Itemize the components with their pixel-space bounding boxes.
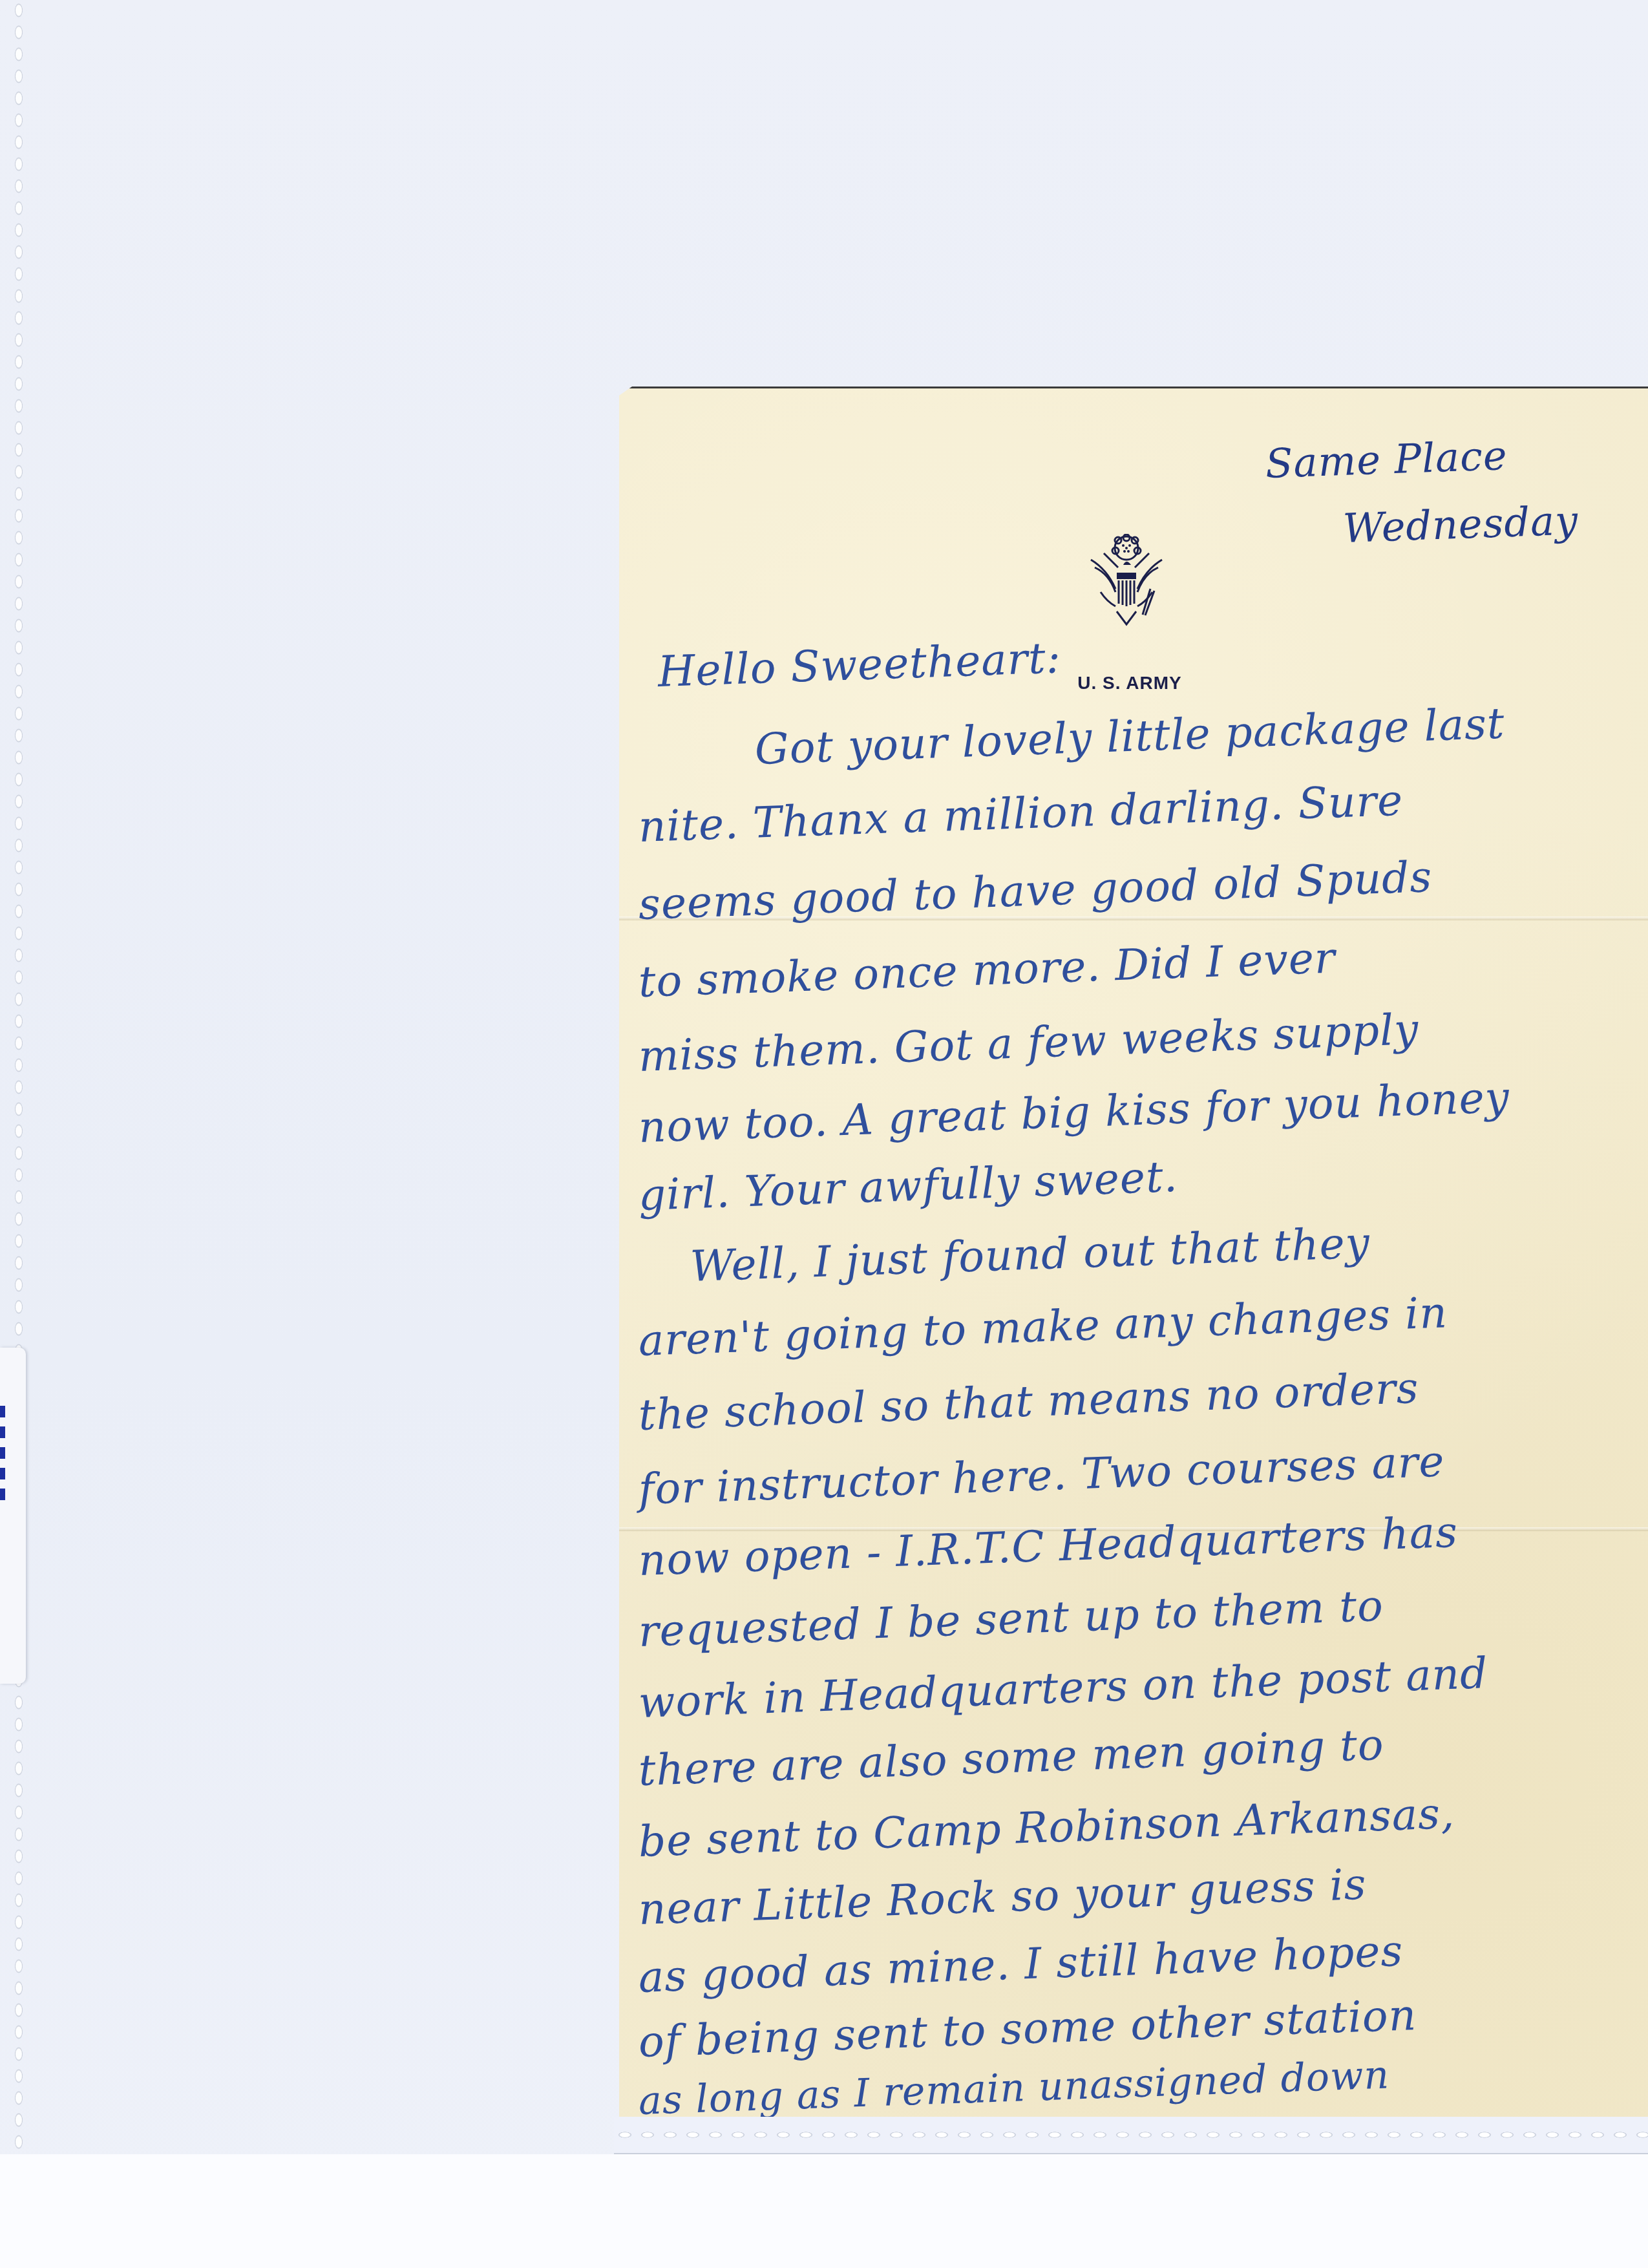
letter-page: U. S. ARMY Same Place Wednesday Hello Sw… bbox=[619, 387, 1648, 2119]
body-line: work in Headquarters on the post and bbox=[638, 1648, 1489, 1728]
sleeve-perforation-bottom bbox=[614, 2130, 1648, 2140]
body-line: now too. A great big kiss for you honey bbox=[638, 1072, 1510, 1152]
sleeve-bottom-strip bbox=[614, 2117, 1648, 2154]
index-tab bbox=[0, 1348, 26, 1684]
tab-label-mark bbox=[0, 1406, 5, 1509]
header-day: Wednesday bbox=[1342, 496, 1579, 552]
body-line: girl. Your awfully sweet. bbox=[638, 1152, 1179, 1220]
body-line: be sent to Camp Robinson Arkansas, bbox=[638, 1788, 1456, 1867]
body-line: the school so that means no orders bbox=[638, 1363, 1420, 1440]
great-seal-eagle-icon bbox=[1078, 534, 1175, 631]
body-line: for instructor here. Two courses are bbox=[638, 1436, 1446, 1514]
scanner-background bbox=[0, 2154, 1648, 2268]
body-line: as long as I remain unassigned down bbox=[638, 2052, 1390, 2124]
body-line: aren't going to make any changes in bbox=[638, 1288, 1448, 1366]
body-line: near Little Rock so your guess is bbox=[638, 1860, 1368, 1934]
header-place: Same Place bbox=[1265, 432, 1508, 487]
body-line: there are also some men going to bbox=[638, 1720, 1385, 1796]
letterhead-title: U. S. ARMY bbox=[1065, 673, 1194, 694]
body-line: requested I be sent up to them to bbox=[638, 1581, 1384, 1657]
salutation: Hello Sweetheart: bbox=[657, 633, 1062, 697]
sleeve-perforation-left bbox=[12, 0, 26, 2268]
body-line: as good as mine. I still have hopes bbox=[638, 1926, 1404, 2002]
body-line: nite. Thanx a million darling. Sure bbox=[638, 776, 1404, 852]
body-line: to smoke once more. Did I ever bbox=[638, 933, 1336, 1007]
body-line: Well, I just found out that they bbox=[690, 1218, 1371, 1291]
body-line: now open - I.R.T.C Headquarters has bbox=[638, 1507, 1459, 1585]
body-line: miss them. Got a few weeks supply bbox=[638, 1004, 1420, 1081]
body-line: Got your lovely little package last bbox=[754, 699, 1506, 774]
